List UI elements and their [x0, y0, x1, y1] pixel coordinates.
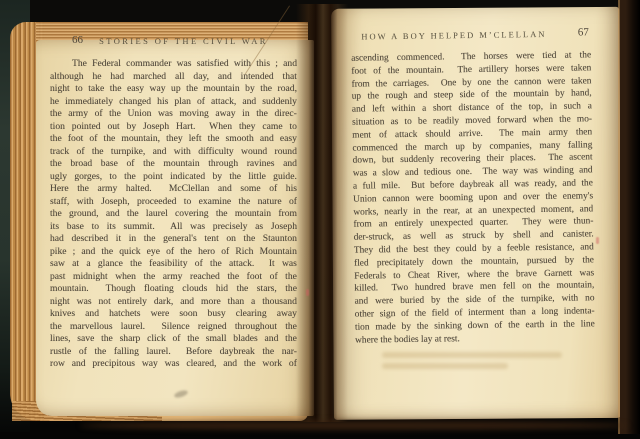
left-page-text: 66 STORIES OF THE CIVIL WAR TheFederalco…: [50, 36, 297, 371]
text-line: Herethearmyhalted.McClellanandsomeofhis: [50, 183, 297, 196]
text-line: thebroadbaseofthemountainthroughravinesa…: [50, 158, 297, 171]
right-body-text: ascendingcommenced.Thehorsesweretiedatth…: [351, 50, 595, 348]
text-line: heimmediatelychangedhisplanofattack,ands…: [50, 96, 297, 109]
page-number-66: 66: [72, 34, 83, 46]
text-line: knivesandhatchetsweresoonbusyclearingawa…: [50, 308, 297, 321]
running-title-right: HOW A BOY HELPED M’CLELLAN: [361, 29, 546, 42]
book-scan-photo: 66 STORIES OF THE CIVIL WAR TheFederalco…: [0, 0, 640, 439]
right-running-head: HOW A BOY HELPED M’CLELLAN 67: [351, 28, 591, 43]
text-line: pastmidnightwhenthearmyreachedthefootoft…: [50, 271, 297, 284]
text-line: rowandprecipitouswaywascleared,andthewor…: [50, 358, 297, 371]
text-line: staff,withJoseph,proceededtoexaminethena…: [50, 196, 297, 209]
pink-blemish: [596, 237, 599, 244]
text-line: tionpointedoutbyJosephHart.Whentheycamet…: [50, 121, 297, 134]
right-page-block-edge: [618, 0, 640, 434]
text-line: lines,savethesharpclickofthesmallbladesa…: [50, 333, 297, 346]
text-line: althoughhehadmarchedallday,andintendedth…: [50, 71, 297, 84]
text-line: itsbasetoitssummit.AllwaspreciselyasJose…: [50, 221, 297, 234]
text-line: rustleofthefallinglaurel.Beforedaybreakt…: [50, 346, 297, 359]
text-line: haddescribeditinthegeneral'stentontheSta…: [50, 233, 297, 246]
text-line: trackoftheturnpike,andwithdifficultywoun…: [50, 146, 297, 159]
text-line: TheFederalcommanderwassatisfiedwiththis;…: [50, 58, 297, 71]
text-line: sawataglancethefeasibilityoftheattack.It…: [50, 258, 297, 271]
running-title-left: STORIES OF THE CIVIL WAR: [99, 36, 268, 46]
text-line: nighttotaketheeasywayupthemountainbyther…: [50, 83, 297, 96]
text-line: themarvellouslaurel.Silencereignedthroug…: [50, 321, 297, 334]
text-line: pike;andthequickeyeoftheheroofRichMounta…: [50, 246, 297, 259]
text-line: theground,andthelaurelcoveringthemountai…: [50, 208, 297, 221]
left-body-text: TheFederalcommanderwassatisfiedwiththis;…: [50, 58, 297, 371]
pink-blemish: [306, 289, 309, 296]
text-showthrough: [382, 352, 562, 374]
text-line: nightwasnotentirelydark,andmorethanathou…: [50, 296, 297, 309]
text-line: uglygorges,tothepointindicatedbythelittl…: [50, 171, 297, 184]
right-page-text: HOW A BOY HELPED M’CLELLAN 67 ascendingc…: [351, 28, 595, 348]
book-bottom-shadow: [80, 421, 628, 430]
text-line: thearmyoftheUnionwasmovingawayinthedirec…: [50, 108, 297, 121]
text-line: mountain.Thoughfloatingcloudshidthestars…: [50, 283, 297, 296]
left-running-head: 66 STORIES OF THE CIVIL WAR: [50, 36, 297, 48]
page-number-67: 67: [578, 26, 589, 38]
text-line: thefootofthemountain,theyleftthesmoothan…: [50, 133, 297, 146]
